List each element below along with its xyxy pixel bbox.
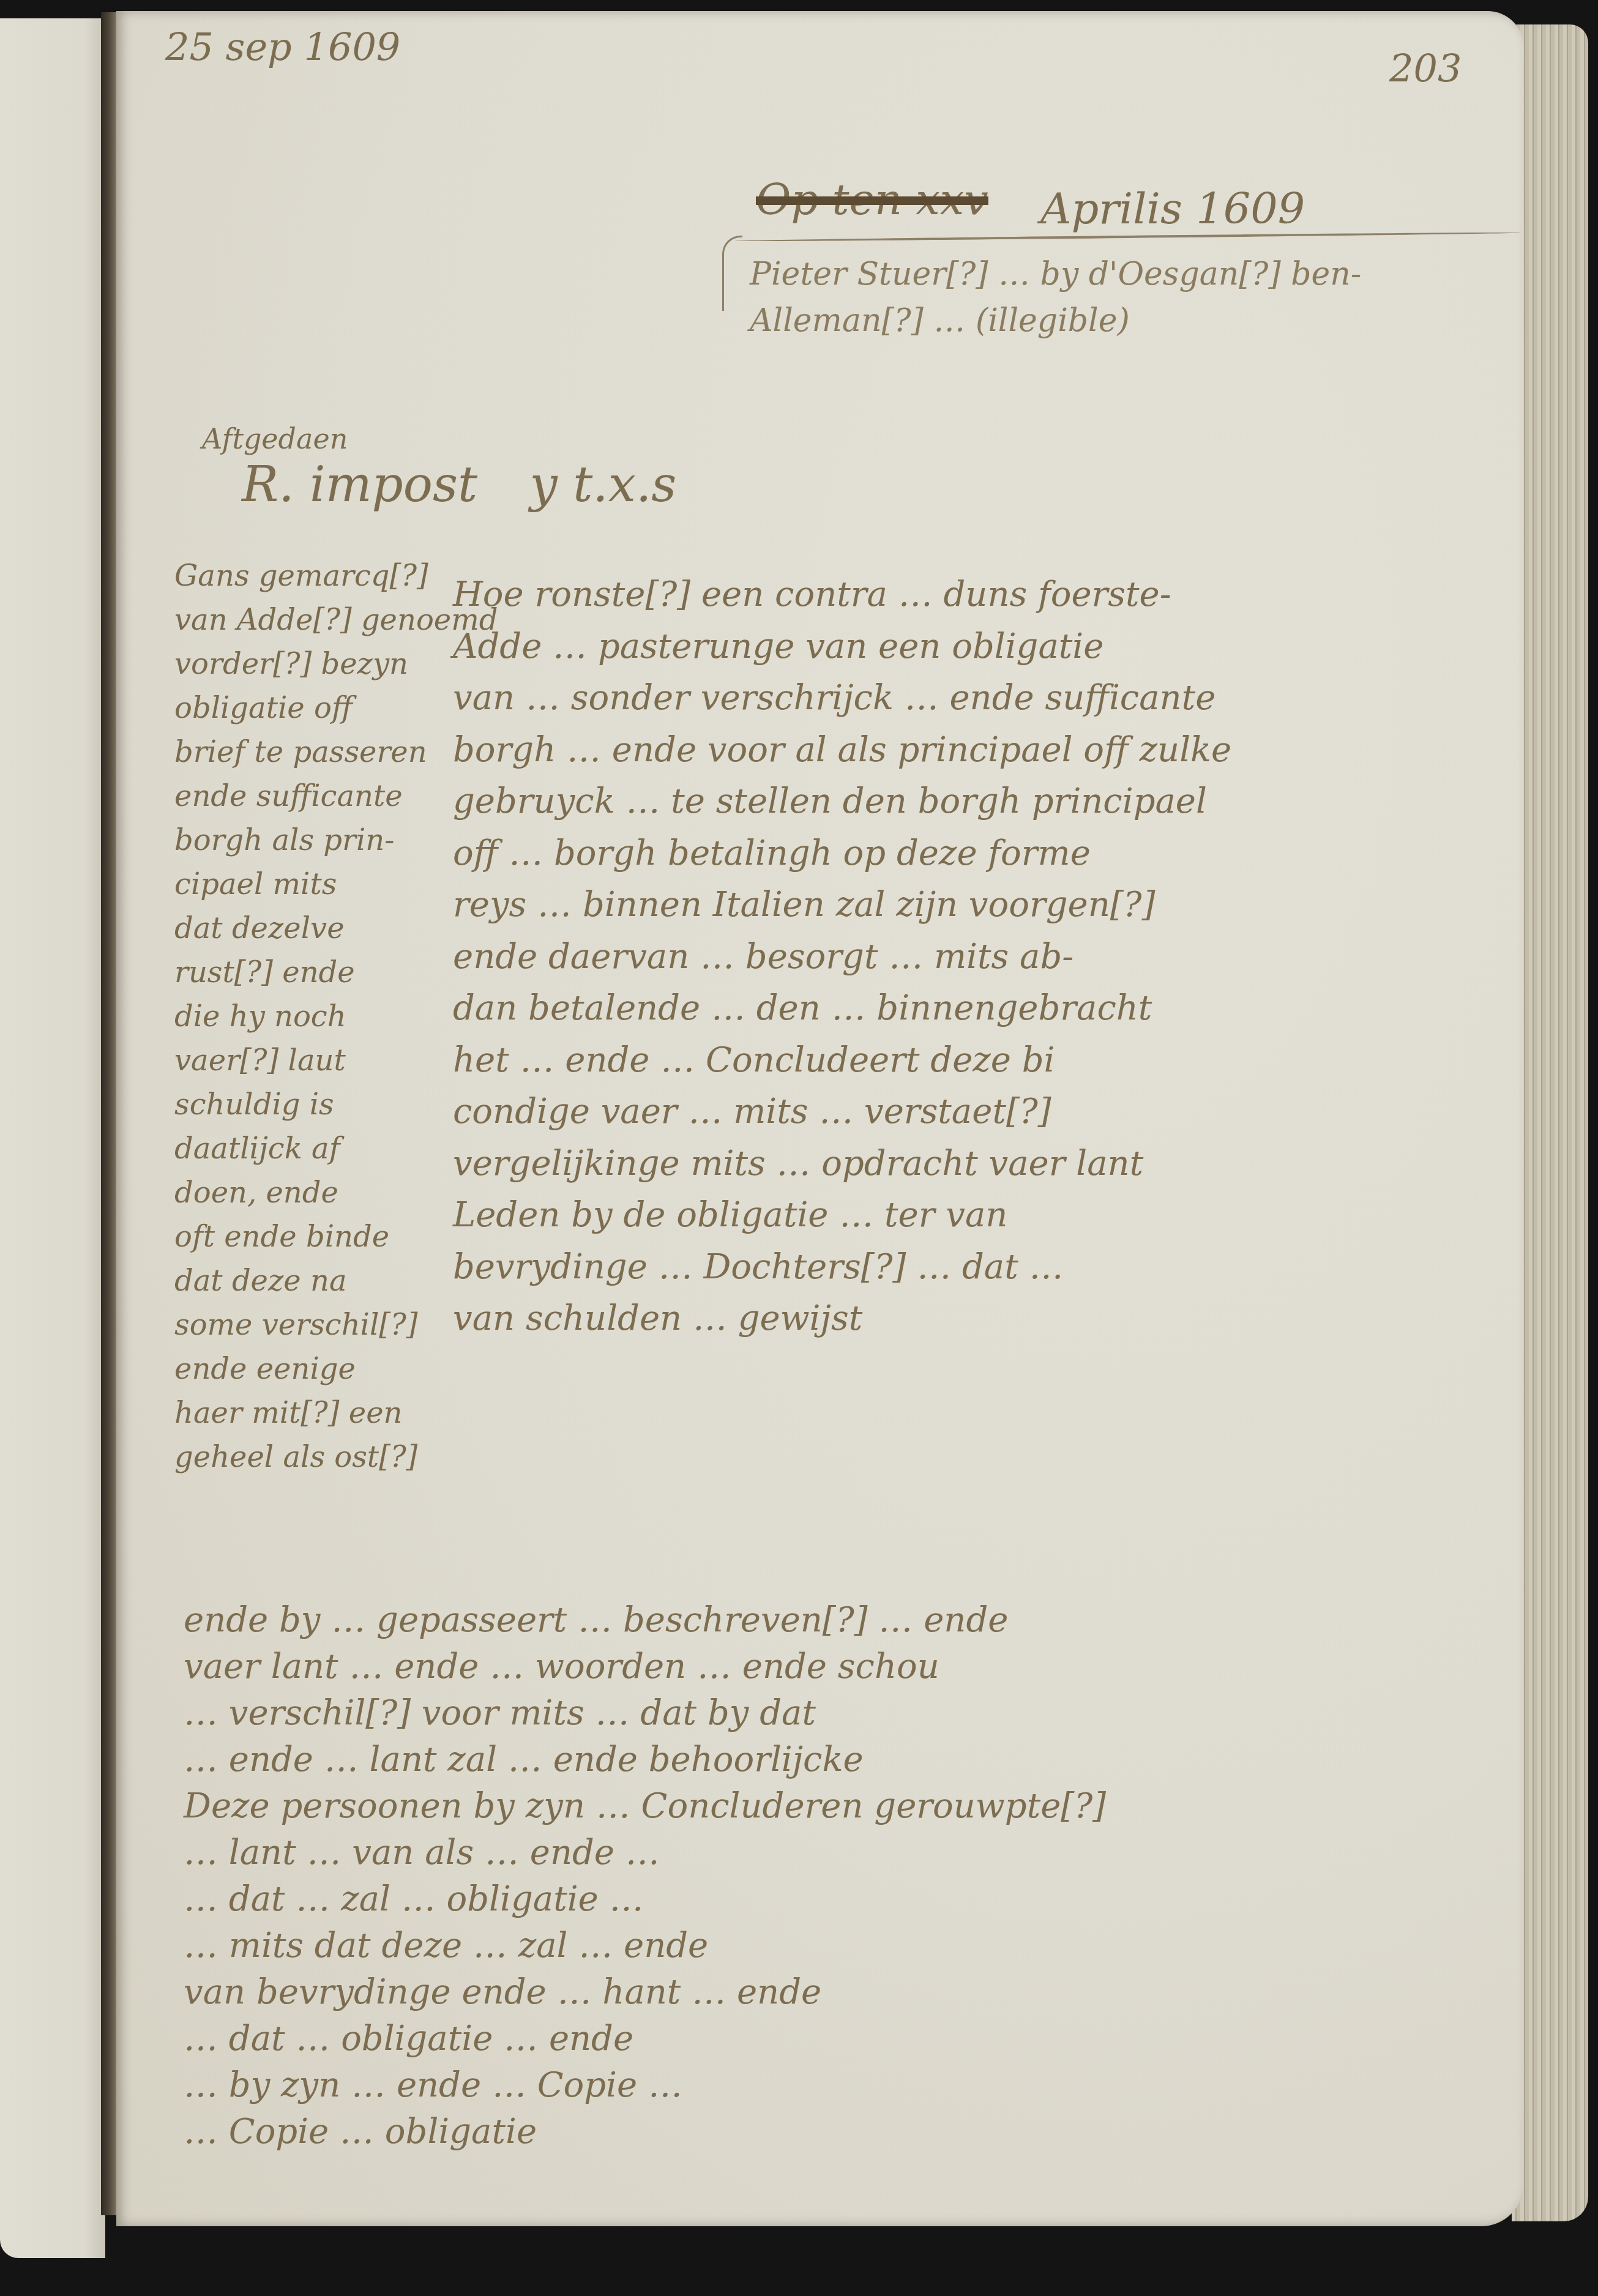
marginal-line: haer mit[?] een (174, 1391, 498, 1435)
impost-suffix: y t.x.s (530, 456, 677, 513)
marginal-line: obligatie off (174, 686, 498, 730)
marginal-line: vaer[?] laut (174, 1038, 498, 1083)
subheading: Pieter Stuer[?] … by d'Oesgan[?] ben- Al… (750, 251, 1361, 344)
impost-title-text: R. impost (242, 456, 477, 513)
page-date: 25 sep 1609 (165, 24, 400, 69)
margin-note-above: Aftgedaen (202, 422, 348, 455)
continuation-line: … ende … lant zal … ende behoorlijcke (184, 1737, 1106, 1783)
body-line: off … borgh betalingh op deze forme (453, 828, 1231, 880)
marginal-notes: Gans gemarcq[?] van Adde[?] genoemd vord… (174, 554, 498, 1479)
marginal-line: daatlijck af (174, 1127, 498, 1171)
body-line: Hoe ronste[?] een contra … duns foerste- (453, 569, 1231, 621)
continuation-line: … dat … zal … obligatie … (184, 1876, 1106, 1923)
subheading-line: Pieter Stuer[?] … by d'Oesgan[?] ben- (750, 251, 1361, 297)
body-line: het … ende … Concludeert deze bi (453, 1035, 1231, 1087)
struck-heading-text: Op ten xxv (756, 174, 988, 225)
continuation-line: vaer lant … ende … woorden … ende schou (184, 1644, 1106, 1690)
body-line: Adde … pasterunge van een obligatie (453, 621, 1231, 673)
body-line: reys … binnen Italien zal zijn voorgen[?… (453, 879, 1231, 931)
folio-number: 203 (1389, 46, 1462, 91)
continuation-line: … lant … van als … ende … (184, 1830, 1106, 1876)
continuation-line: … by zyn … ende … Copie … (184, 2062, 1106, 2109)
continuation-line: … dat … obligatie … ende (184, 2016, 1106, 2062)
marginal-line: dat dezelve (174, 906, 498, 950)
marginal-line: ende sufficante (174, 774, 498, 818)
marginal-line: oft ende binde (174, 1215, 498, 1259)
body-line: dan betalende … den … binnengebracht (453, 983, 1231, 1035)
marginal-line: schuldig is (174, 1083, 498, 1127)
body-line: gebruyck … te stellen den borgh principa… (453, 776, 1231, 828)
marginal-line: vorder[?] bezyn (174, 642, 498, 686)
marginal-line: ende eenige (174, 1347, 498, 1391)
impost-title: R. impost y t.x.s (242, 456, 676, 513)
body-line: ende daervan … besorgt … mits ab- (453, 931, 1231, 983)
marginal-line: some verschil[?] (174, 1303, 498, 1347)
heading-bracket (722, 236, 742, 311)
main-entry-text: Hoe ronste[?] een contra … duns foerste-… (453, 569, 1231, 1345)
marginal-line: dat deze na (174, 1259, 498, 1303)
entry-heading: Op ten xxv (756, 174, 988, 225)
marginal-line: brief te passeren (174, 730, 498, 774)
continuation-text: ende by … gepasseert … beschreven[?] … e… (184, 1597, 1106, 2155)
marginal-line: Gans gemarcq[?] (174, 554, 498, 598)
continuation-line: … verschil[?] voor mits … dat by dat (184, 1690, 1106, 1737)
marginal-line: cipael mits (174, 862, 498, 906)
continuation-line: … mits dat deze … zal … ende (184, 1923, 1106, 1969)
body-line: vergelijkinge mits … opdracht vaer lant (453, 1138, 1231, 1190)
body-line: van … sonder verschrijck … ende suffican… (453, 673, 1231, 725)
continuation-line: ende by … gepasseert … beschreven[?] … e… (184, 1597, 1106, 1644)
heading-date: Aprilis 1609 (1040, 184, 1305, 234)
continuation-line: van bevrydinge ende … hant … ende (184, 1969, 1106, 2016)
marginal-line: geheel als ost[?] (174, 1435, 498, 1479)
body-line: van schulden … gewijst (453, 1293, 1231, 1345)
body-line: Leden by de obligatie … ter van (453, 1190, 1231, 1242)
marginal-line: doen, ende (174, 1171, 498, 1215)
continuation-line: … Copie … obligatie (184, 2109, 1106, 2155)
facing-page-left (0, 18, 105, 2258)
continuation-line: Deze persoonen by zyn … Concluderen gero… (184, 1783, 1106, 1830)
marginal-line: rust[?] ende (174, 950, 498, 994)
marginal-line: die hy noch (174, 994, 498, 1038)
subheading-line: Alleman[?] … (illegible) (750, 297, 1361, 344)
body-line: borgh … ende voor al als principael off … (453, 725, 1231, 777)
marginal-line: van Adde[?] genoemd (174, 598, 498, 642)
body-line: bevrydinge … Dochters[?] … dat … (453, 1242, 1231, 1294)
marginal-line: borgh als prin- (174, 818, 498, 862)
body-line: condige vaer … mits … verstaet[?] (453, 1086, 1231, 1138)
